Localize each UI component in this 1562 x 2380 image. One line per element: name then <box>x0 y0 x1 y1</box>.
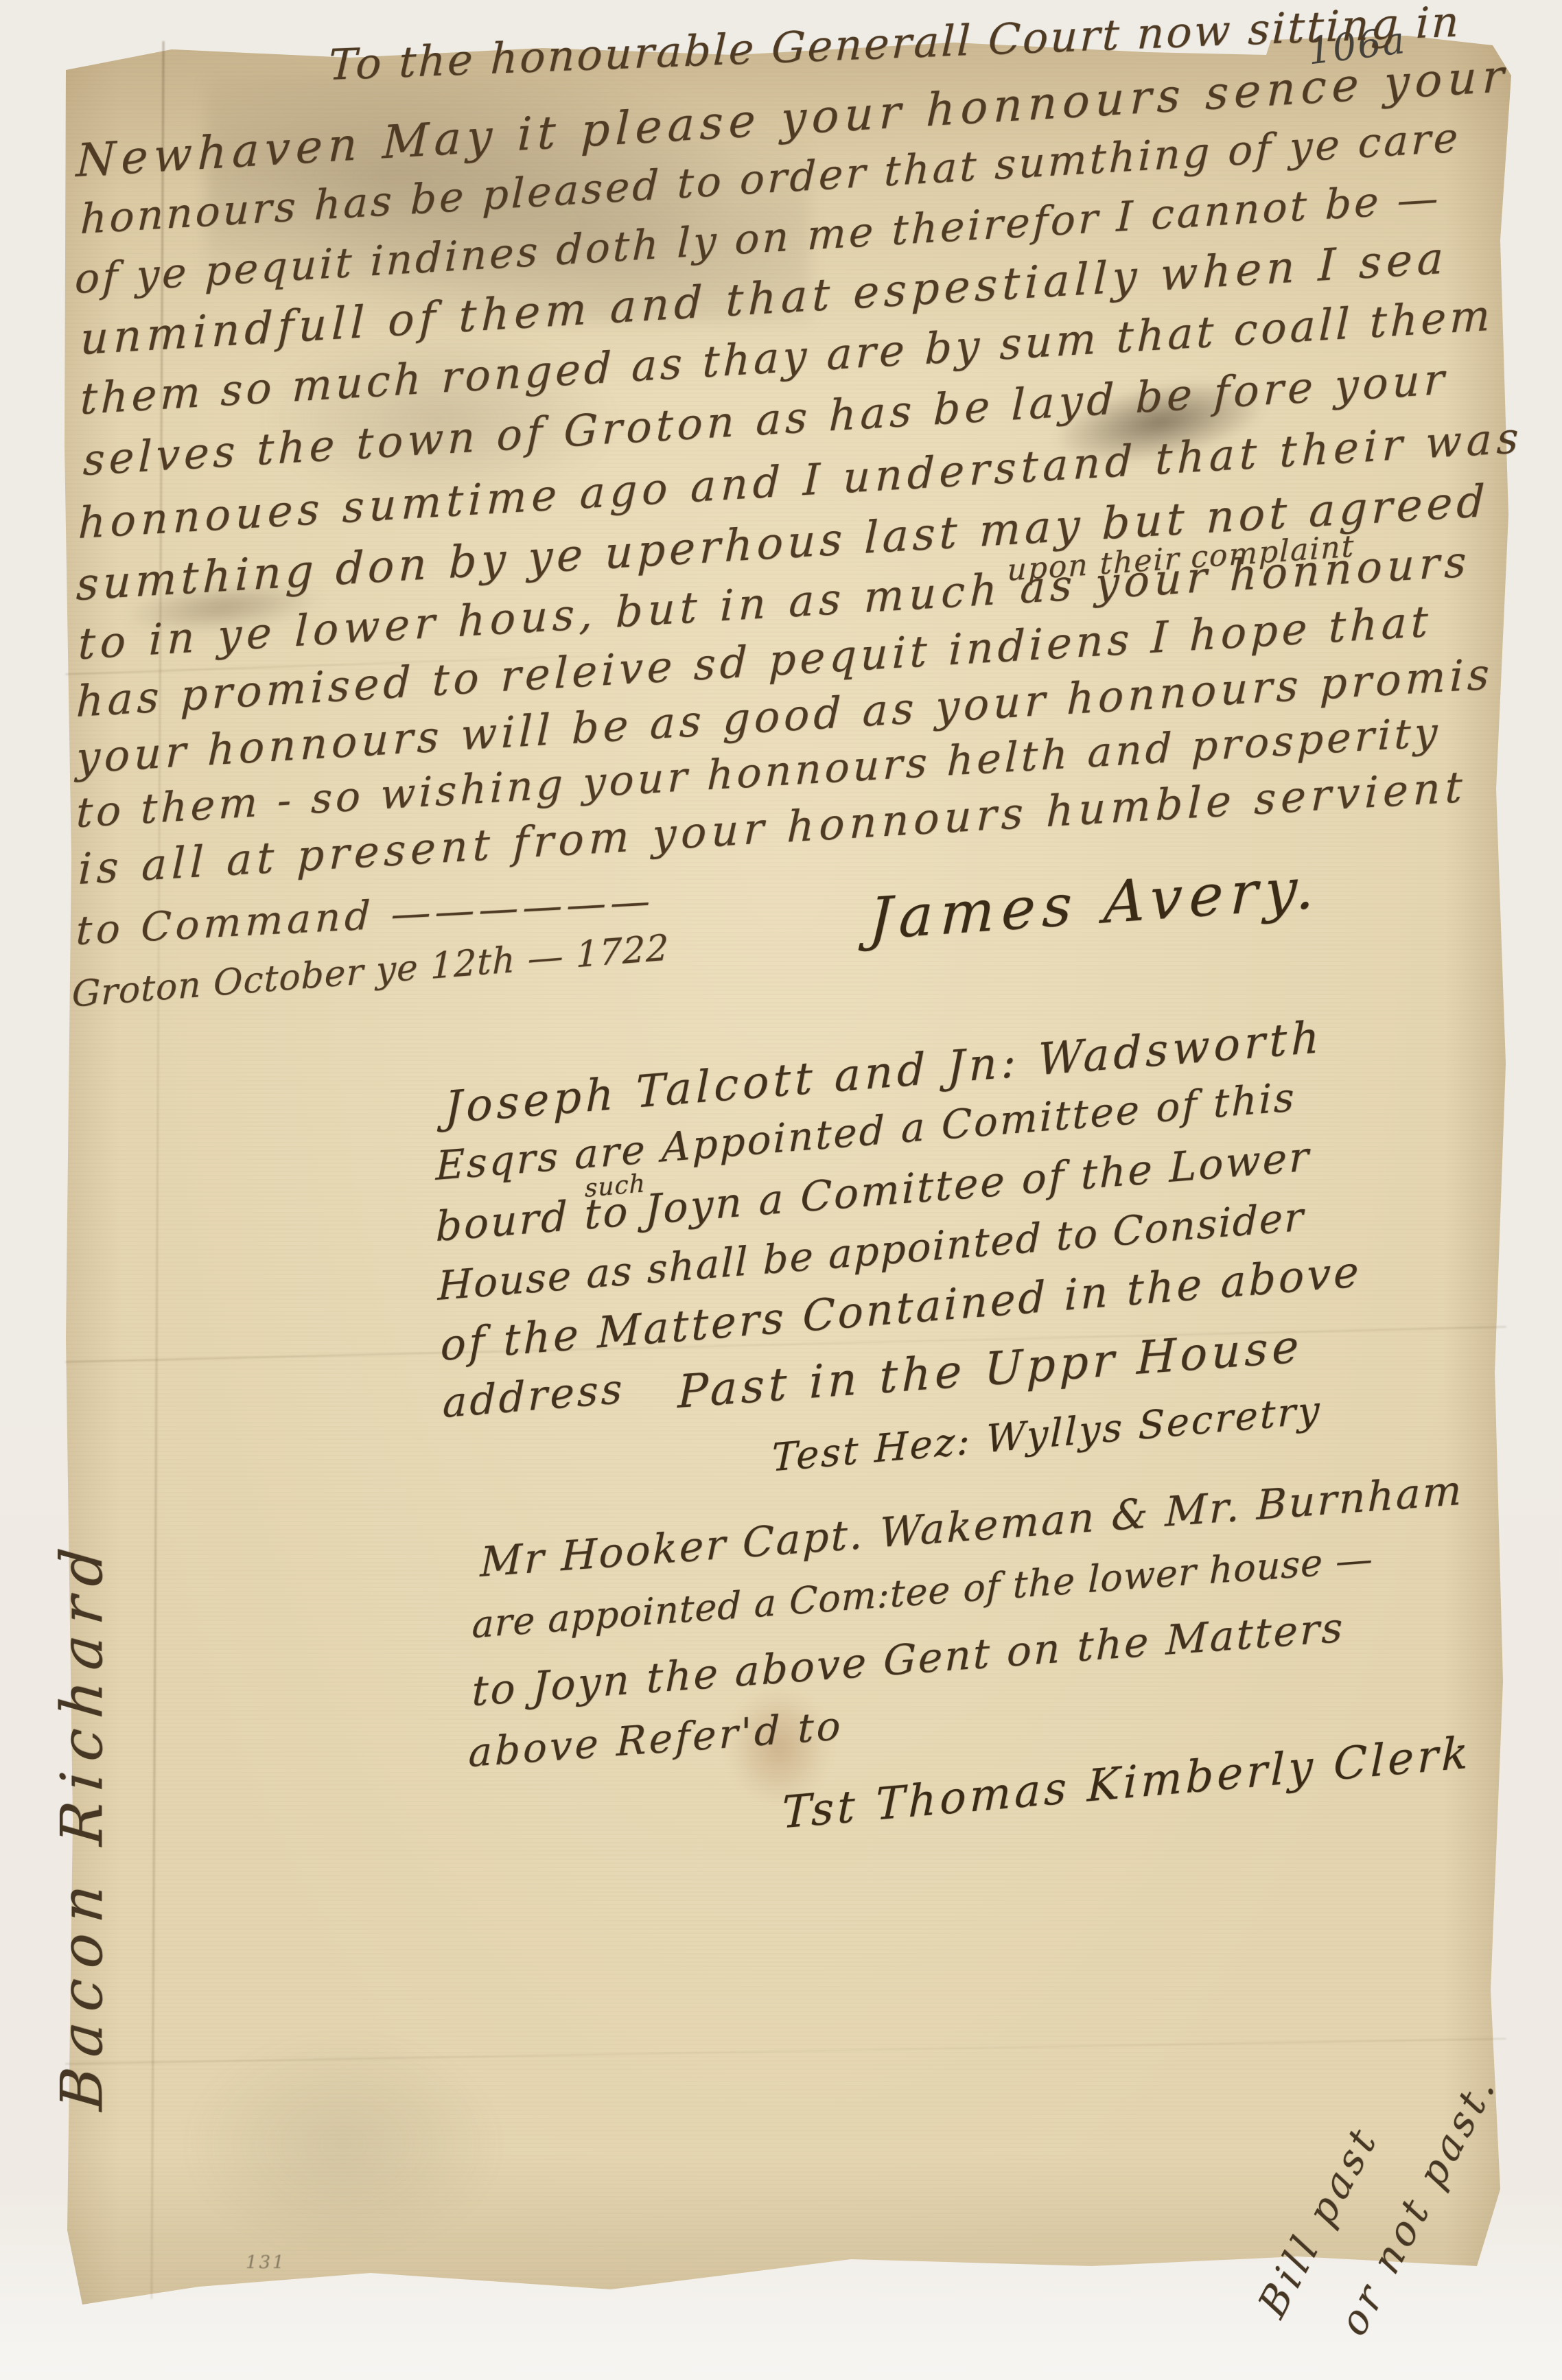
interline-insertion: such <box>585 1169 646 1203</box>
manuscript-scan: 106a To the honourable Generall Court no… <box>0 0 1562 2380</box>
page-number: 131 <box>246 2252 286 2273</box>
margin-note-vertical: Bacon Richard <box>48 1535 115 2113</box>
